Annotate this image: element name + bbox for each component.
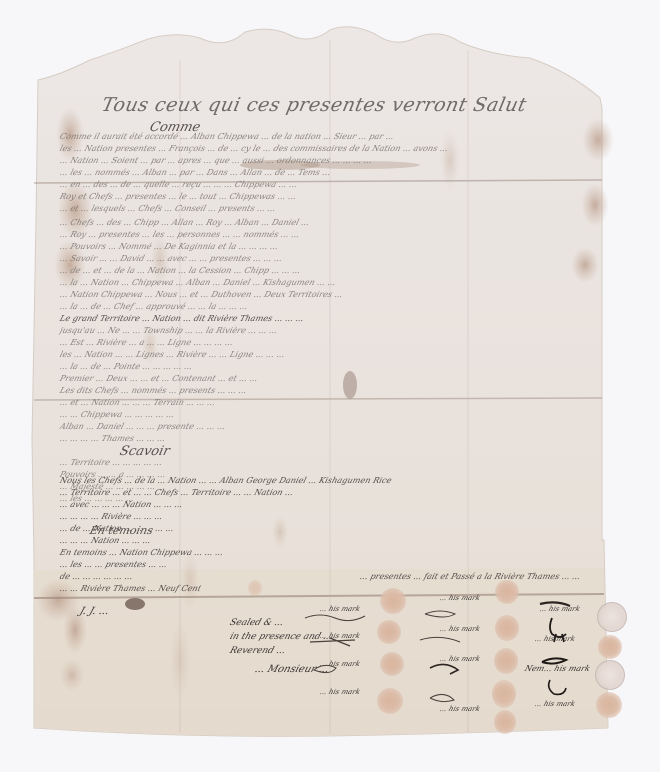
body-line: ... de ... et ... de la ... Nation ... l… <box>59 266 622 275</box>
body-line: ... ... Chippewa ... ... ... ... ... <box>59 410 622 419</box>
wax-seal-pale <box>597 602 627 632</box>
body-line: ... la ... Nation ... Chippewa ... Alban… <box>59 278 622 287</box>
body-line: les ... Nation presentes ... François ..… <box>59 144 622 153</box>
body-line: ... Pouvoirs ... Nommé ... De Kaginnia e… <box>59 242 622 251</box>
body-line: ... la ... de ... Pointe ... ... ... ...… <box>59 362 622 371</box>
wax-seal <box>492 680 516 708</box>
totem-marks-column-3 <box>530 600 600 710</box>
body-line: ... ... ... ... Thames ... ... ... <box>59 434 622 443</box>
wax-seal <box>377 620 401 644</box>
paragraph-head-temoins: En temoins <box>88 524 154 537</box>
body-line: les ... Nation ... ... Lignes ... Rivièr… <box>59 350 622 359</box>
totem-marks-column-1 <box>300 610 380 720</box>
wax-seal <box>495 580 519 604</box>
wax-seal <box>494 648 518 674</box>
wax-seal <box>494 710 516 734</box>
body-line: Premier ... Deux ... ... et ... Contenan… <box>59 374 622 383</box>
signature-left-1: J. J. ... <box>78 606 110 617</box>
body-line: Le grand Territoire ... Nation ... dit R… <box>59 314 622 323</box>
body-line: Comme il aurait été accordé ... Alban Ch… <box>59 132 622 141</box>
wax-seal <box>495 615 519 641</box>
body-line: Roy et Chefs ... presentes ... le ... to… <box>59 192 622 201</box>
signature-block-line-1: Sealed & ... <box>228 618 284 628</box>
body-line: ... Roy ... presentes ... les ... person… <box>59 230 622 239</box>
body-line: ... Chefs ... des ... Chipp ... Allan ..… <box>59 218 622 227</box>
body-line: ... Savoir ... ... David ... ... avec ..… <box>59 254 622 263</box>
body-line: ... la ... de ... Chef ... approuvé ... … <box>59 302 622 311</box>
body-line: ... avec ... ... ... Nation ... ... ... <box>59 500 622 509</box>
body-line: ... ... ... Nation ... ... ... <box>59 536 622 545</box>
body-line: ... ... Rivière Thames ... Neuf Cent ... <box>59 584 202 593</box>
body-line: ... et ... lesquels ... Chefs ... Consei… <box>59 204 622 213</box>
wax-seal <box>377 688 403 714</box>
body-line: ... en ... des ... de ... quelle ... reç… <box>59 180 622 189</box>
wax-seal <box>598 635 622 659</box>
body-line: ... et ... Nation ... ... ... Terrain ..… <box>59 398 622 407</box>
body-line: Nous les Chefs ... de la ... Nation ... … <box>59 476 622 485</box>
body-line: Alban ... Daniel ... ... ... presente ..… <box>59 422 622 431</box>
body-line: ... les ... ... presentes ... ... <box>59 560 622 569</box>
body-line: ... les ... nommés ... Alban ... par ...… <box>59 168 622 177</box>
body-line: de ... ... ... ... ... ... <box>59 572 362 581</box>
wax-seal <box>248 580 262 596</box>
body-line: ... Nation ... Soient ... par ... apres … <box>59 156 622 165</box>
body-line: jusqu'au ... Ne ... ... Township ... ...… <box>59 326 622 335</box>
closing-line: ... presentes ... fait et Passé a la Riv… <box>359 572 622 581</box>
totem-marks-column-2 <box>410 600 490 720</box>
body-line: Les dits Chefs ... nommés ... presents .… <box>59 386 622 395</box>
wax-seal <box>380 652 404 676</box>
body-line: ... Est ... Rivière ... a ... ... Ligne … <box>59 338 622 347</box>
body-line: En temoins ... Nation Chippewa ... ... .… <box>59 548 622 557</box>
body-line: ... Nation Chippewa ... Nous ... et ... … <box>59 290 622 299</box>
body-line: ... Territoire ... et ... ... Chefs ... … <box>59 488 622 497</box>
wax-seal <box>380 588 406 614</box>
document-title: Tous ceux qui ces presentes verront Salu… <box>100 94 529 116</box>
body-line: ... ... ... ... Rivière ... ... ... <box>59 512 622 521</box>
parchment-document: Tous ceux qui ces presentes verront Salu… <box>30 20 630 748</box>
signature-block-line-3: Reverend ... <box>228 646 286 656</box>
